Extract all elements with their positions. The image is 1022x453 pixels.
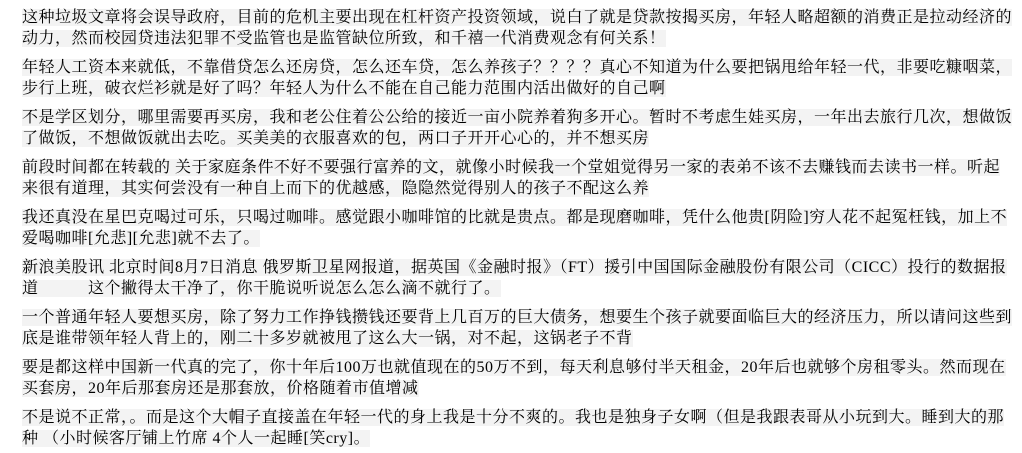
comment-text: 这种垃圾文章将会误导政府，目前的危机主要出现在杠杆资产投资领域，说白了就是贷款按… [22, 9, 1012, 47]
comment-paragraph: 不是说不正常，。而是这个大帽子直接盖在年轻一代的身上我是十分不爽的。我也是独身子… [22, 407, 1014, 449]
comment-text: 新浪美股讯 北京时间8月7日消息 俄罗斯卫星网报道，据英国《金融时报》（FT）援… [22, 259, 1007, 297]
comment-paragraph: 这种垃圾文章将会误导政府，目前的危机主要出现在杠杆资产投资领域，说白了就是贷款按… [22, 7, 1014, 49]
comment-paragraph: 新浪美股讯 北京时间8月7日消息 俄罗斯卫星网报道，据英国《金融时报》（FT）援… [22, 257, 1014, 299]
comment-paragraph: 前段时间都在转载的 关于家庭条件不好不要强行富养的文，就像小时候我一个堂姐觉得另… [22, 157, 1014, 199]
comment-text: 我还真没在星巴克喝过可乐，只喝过咖啡。感觉跟小咖啡馆的比就是贵点。都是现磨咖啡，… [22, 209, 1007, 247]
comment-text: 不是学区划分，哪里需要再买房，我和老公住着公公给的接近一亩小院养着狗多开心。暂时… [22, 109, 1012, 147]
comment-text: 年轻人工资本来就低，不靠借贷怎么还房贷，怎么还车贷，怎么养孩子？？？？真心不知道… [22, 59, 1012, 97]
comment-paragraph: 年轻人工资本来就低，不靠借贷怎么还房贷，怎么还车贷，怎么养孩子？？？？真心不知道… [22, 57, 1014, 99]
comment-text: 要是都这样中国新一代真的完了，你十年后100万也就值现在的50万不到，每天利息够… [22, 359, 1006, 397]
comment-paragraph: 我还真没在星巴克喝过可乐，只喝过咖啡。感觉跟小咖啡馆的比就是贵点。都是现磨咖啡，… [22, 207, 1014, 249]
comment-text: 前段时间都在转载的 关于家庭条件不好不要强行富养的文，就像小时候我一个堂姐觉得另… [22, 159, 1000, 197]
comment-paragraph: 一个普通年轻人要想买房，除了努力工作挣钱攒钱还要背上几百万的巨大债务，想要生个孩… [22, 307, 1014, 349]
comment-paragraph: 要是都这样中国新一代真的完了，你十年后100万也就值现在的50万不到，每天利息够… [22, 357, 1014, 399]
comment-paragraph: 不是学区划分，哪里需要再买房，我和老公住着公公给的接近一亩小院养着狗多开心。暂时… [22, 107, 1014, 149]
comments-text-block: 这种垃圾文章将会误导政府，目前的危机主要出现在杠杆资产投资领域，说白了就是贷款按… [0, 0, 1022, 449]
comment-text: 一个普通年轻人要想买房，除了努力工作挣钱攒钱还要背上几百万的巨大债务，想要生个孩… [22, 309, 1012, 347]
comment-text: 不是说不正常，。而是这个大帽子直接盖在年轻一代的身上我是十分不爽的。我也是独身子… [22, 409, 1004, 447]
